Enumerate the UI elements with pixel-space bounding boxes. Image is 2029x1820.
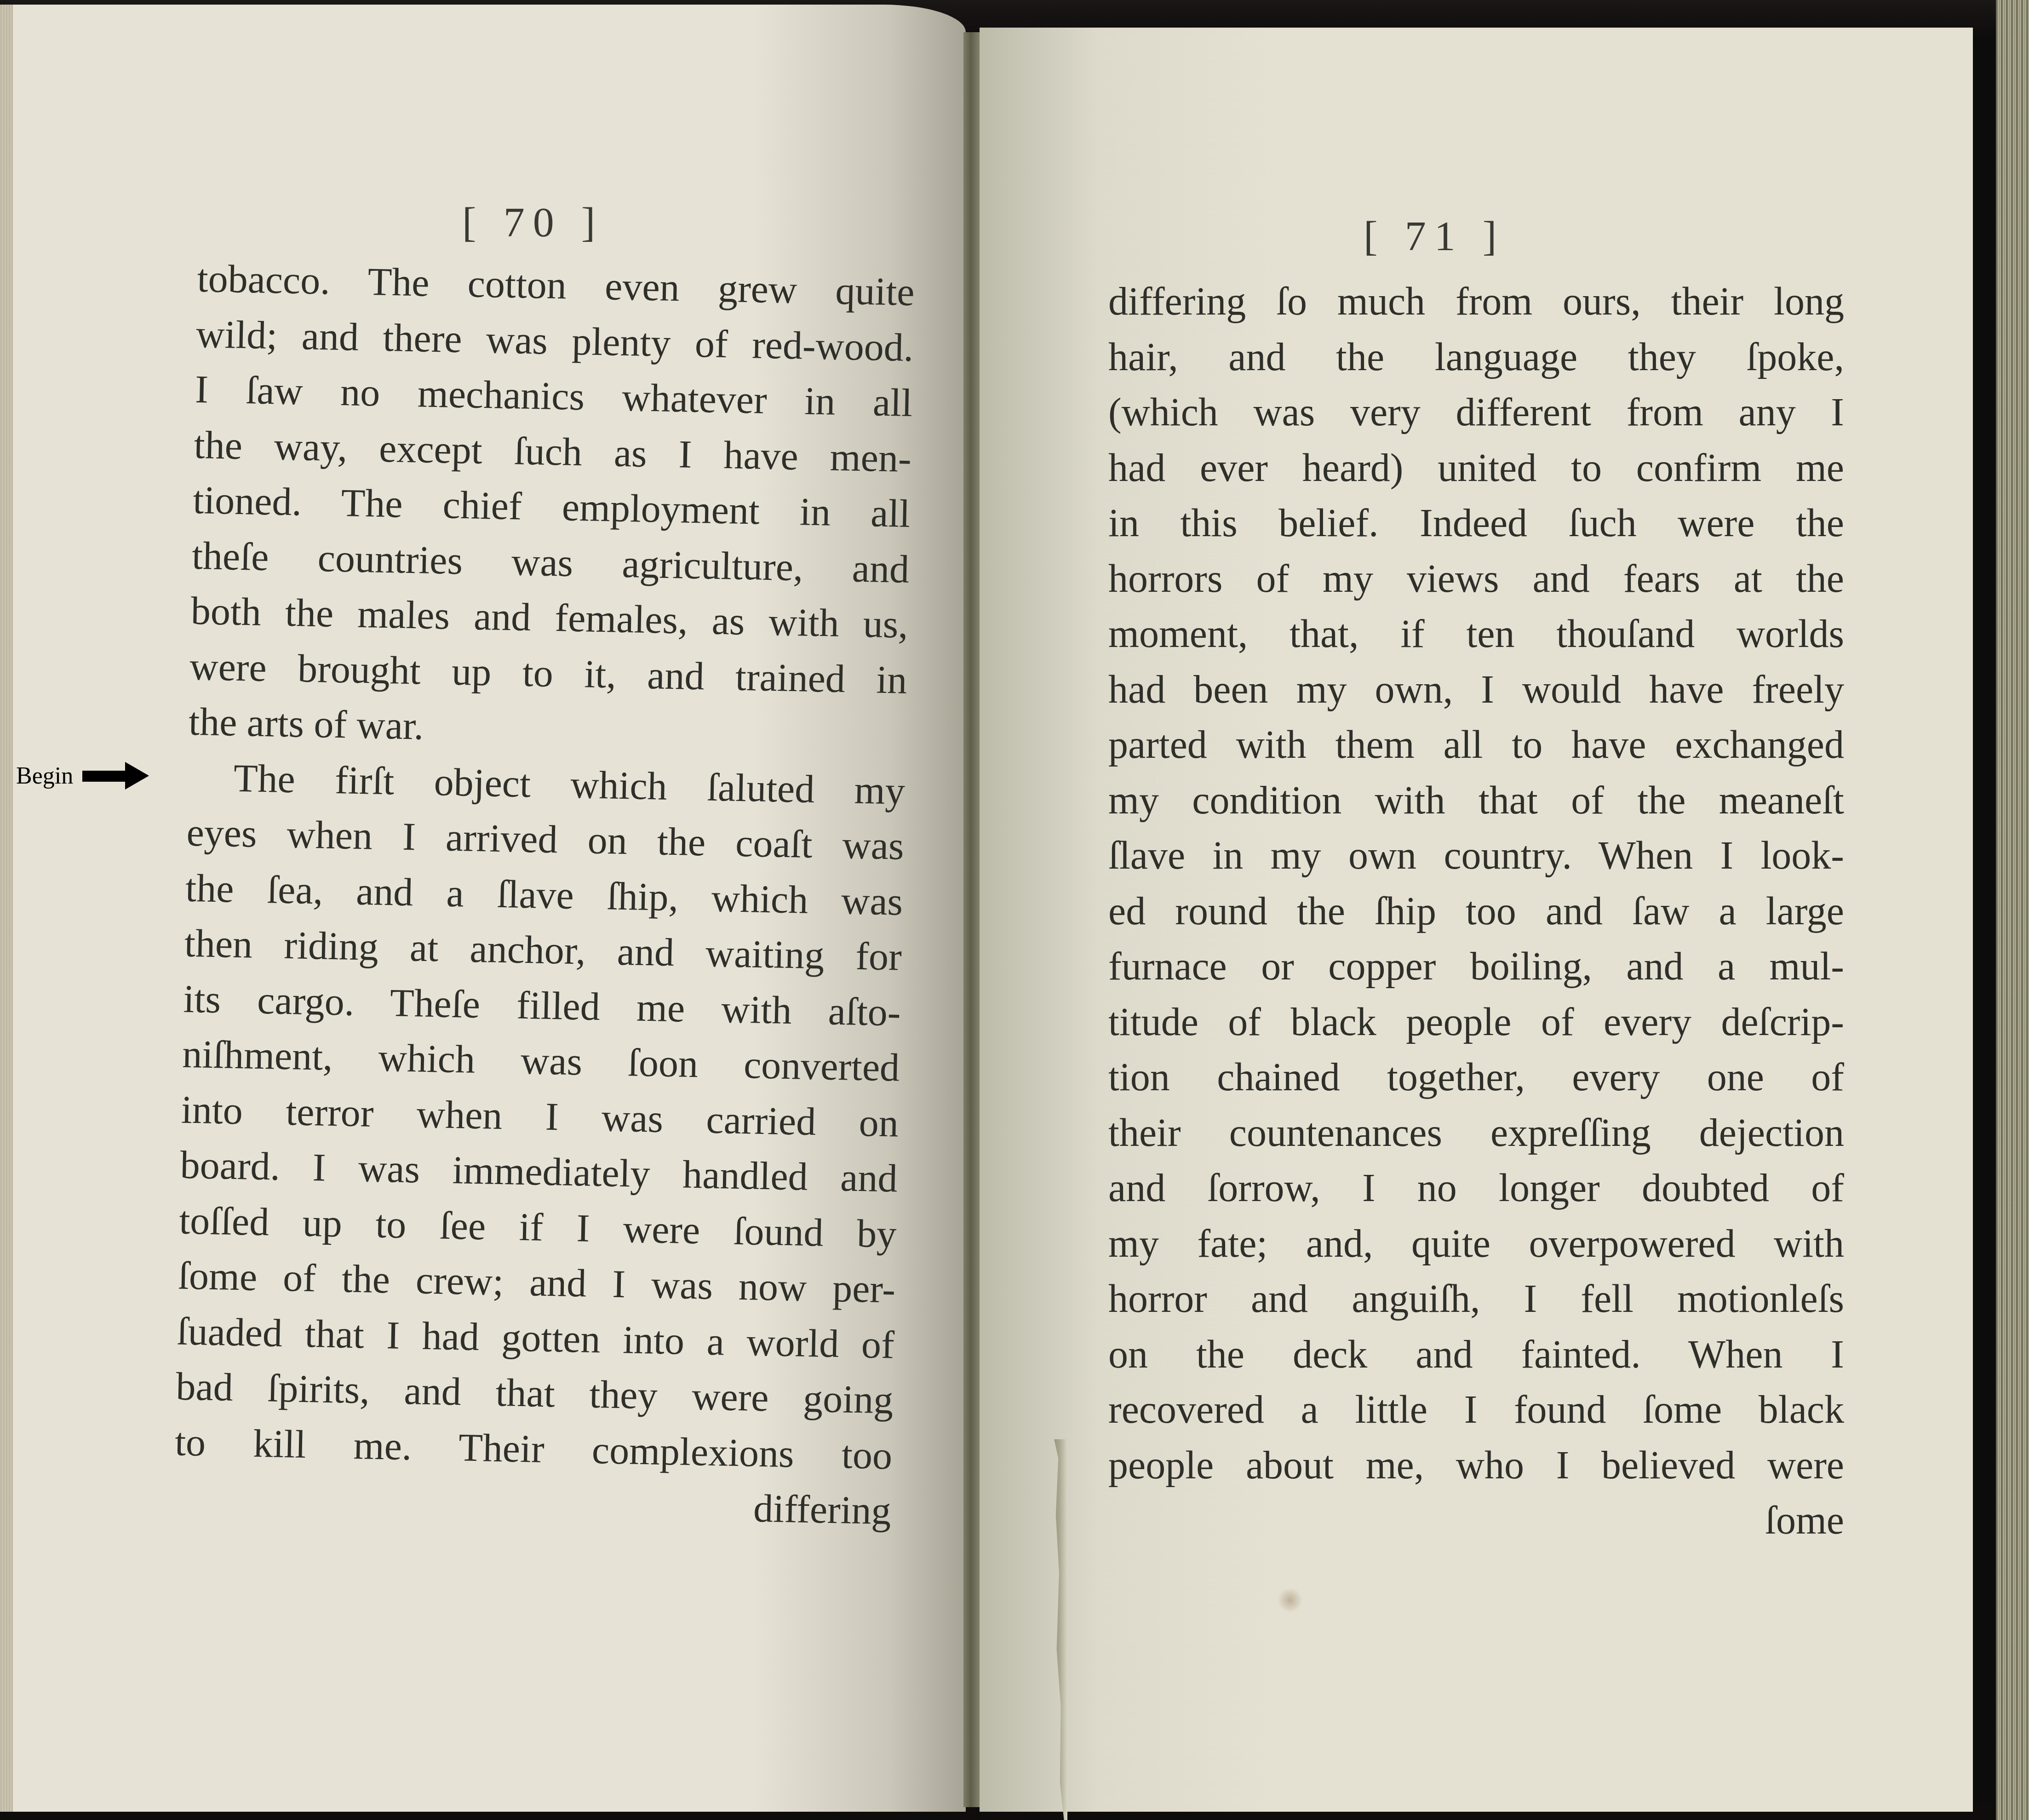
text-line: differing ſo much from ours, their long [1108,274,1844,329]
text-line: in this belief. Indeed ſuch were the [1108,495,1844,551]
text-line: recovered a little I found ſome black [1108,1382,1844,1437]
text-line: titude of black people of every deſcrip- [1108,994,1844,1050]
right-page-fore-edge [1996,0,2029,1820]
text-line: moment, that, if ten thouſand worlds [1108,606,1844,662]
text-line: horror and anguiſh, I fell motionleſs [1108,1271,1844,1327]
text-line: hair, and the language they ſpoke, [1108,329,1844,385]
catchword: ſome [1108,1493,1844,1548]
text-line: had ever heard) united to confirm me [1108,440,1844,496]
begin-marker: Begin [16,762,149,790]
paper-stain [1276,1589,1304,1612]
left-page-number: [ 70 ] [462,198,603,246]
right-page-text: differing ſo much from ours, their long … [1108,274,1844,1548]
text-line: ſlave in my own country. When I look- [1108,828,1844,883]
text-line: my condition with that of the meaneſt [1108,773,1844,828]
text-line: and ſorrow, I no longer doubted of [1108,1160,1844,1216]
text-line: parted with them all to have exchanged [1108,717,1844,773]
book-gutter [963,32,982,1807]
text-line: ed round the ſhip too and ſaw a large [1108,883,1844,939]
text-line: their countenances expreſſing dejection [1108,1105,1844,1161]
arrow-right-icon [82,762,149,790]
text-line: on the deck and fainted. When I [1108,1327,1844,1382]
text-line: (which was very different from any I [1108,384,1844,440]
right-page-number: [ 71 ] [1364,212,1505,260]
text-line: horrors of my views and fears at the [1108,551,1844,607]
left-page-text: tobacco. The cotton even grew quite wild… [173,251,915,1539]
text-line: tion chained together, every one of [1108,1049,1844,1105]
text-line: people about me, who I believed were [1108,1437,1844,1493]
text-line: had been my own, I would have freely [1108,662,1844,717]
left-page-fore-edge [0,5,13,1812]
text-line: furnace or copper boiling, and a mul- [1108,939,1844,994]
text-line: my fate; and, quite overpowered with [1108,1216,1844,1271]
begin-label: Begin [16,762,73,790]
